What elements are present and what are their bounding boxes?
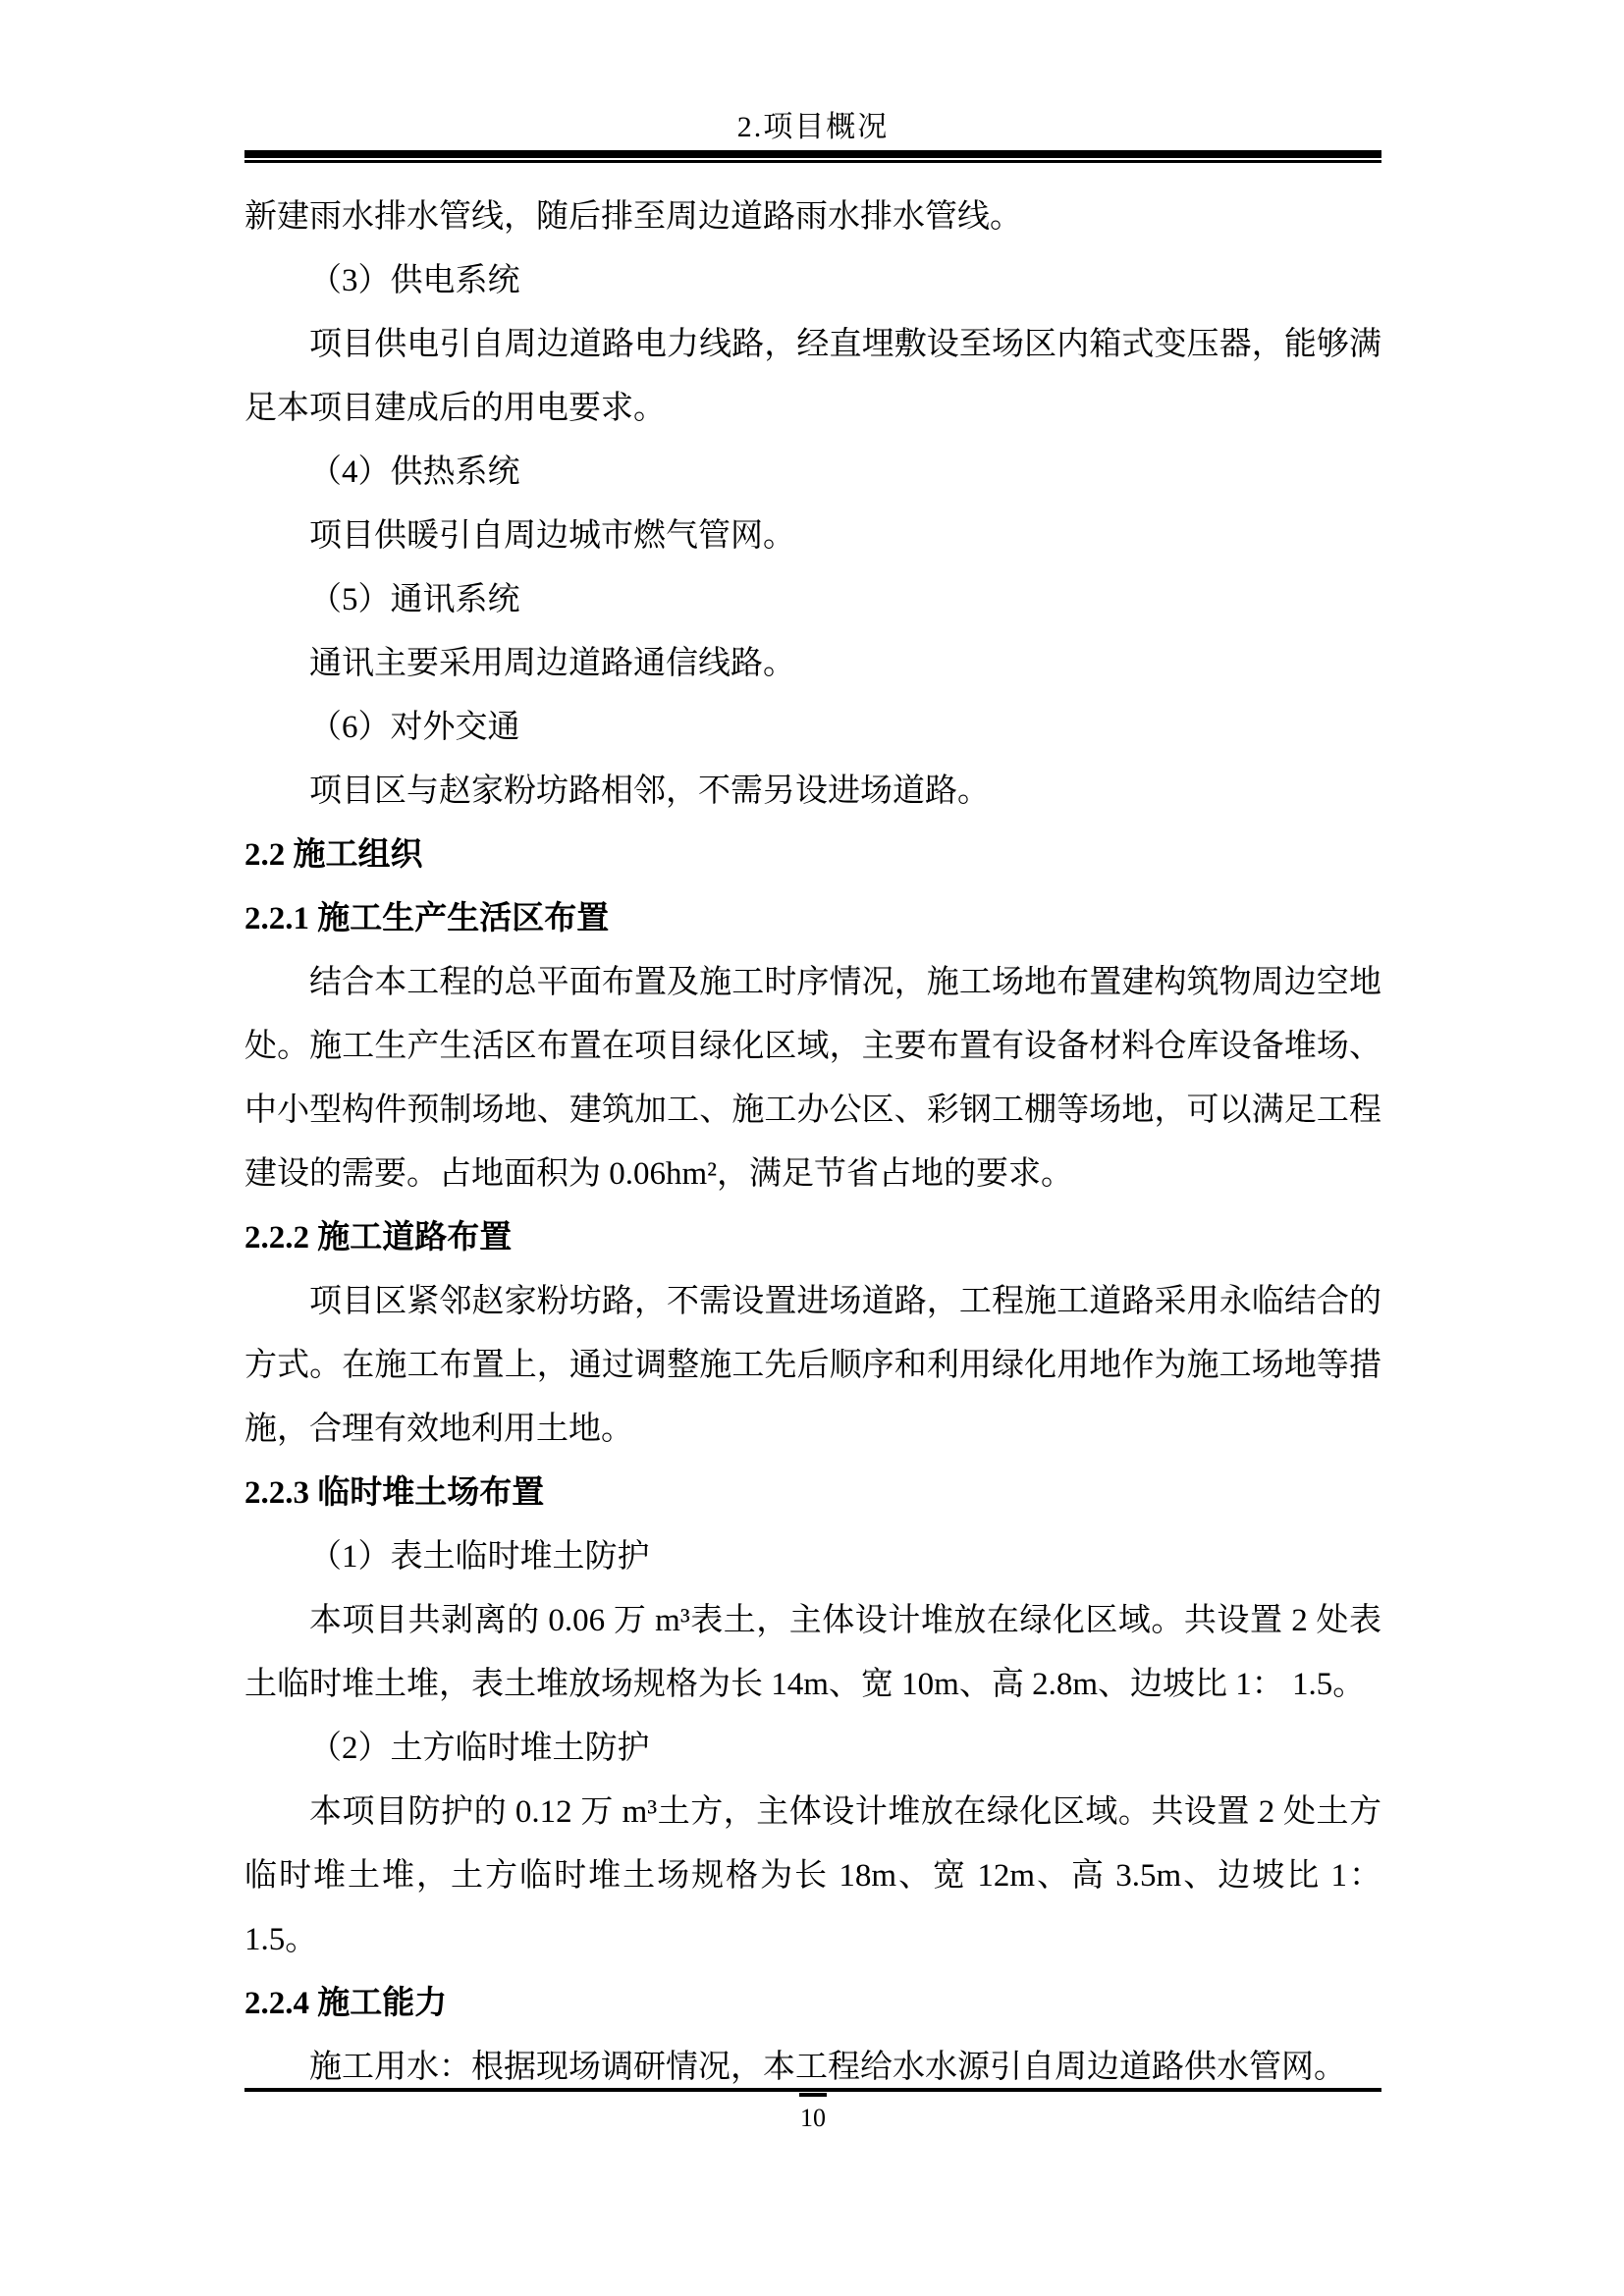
header-chapter-title: 2.项目概况 xyxy=(244,110,1381,145)
document-page: 2.项目概况 新建雨水排水管线，随后排至周边道路雨水排水管线。（3）供电系统项目… xyxy=(0,0,1624,2296)
paragraph: 通讯主要采用周边道路通信线路。 xyxy=(244,632,1381,696)
section-heading: 2.2.3 临时堆土场布置 xyxy=(244,1462,1381,1525)
section-heading: 2.2.1 施工生产生活区布置 xyxy=(244,887,1381,951)
header-rule-thick xyxy=(244,150,1381,158)
header-rule-thin xyxy=(244,160,1381,163)
footer-rule xyxy=(244,2088,1381,2092)
document-body: 新建雨水排水管线，随后排至周边道路雨水排水管线。（3）供电系统项目供电引自周边道… xyxy=(244,186,1381,2100)
paragraph: 项目供电引自周边道路电力线路，经直埋敷设至场区内箱式变压器，能够满足本项目建成后… xyxy=(244,313,1381,441)
paragraph: 本项目防护的 0.12 万 m³土方，主体设计堆放在绿化区域。共设置 2 处土方… xyxy=(244,1781,1381,1972)
paragraph: （6）对外交通 xyxy=(244,696,1381,760)
page-number: 10 xyxy=(244,2103,1381,2134)
paragraph: 新建雨水排水管线，随后排至周边道路雨水排水管线。 xyxy=(244,186,1381,249)
page-footer: 10 xyxy=(244,2088,1381,2134)
paragraph: （3）供电系统 xyxy=(244,249,1381,313)
footer-dash xyxy=(799,2093,827,2097)
paragraph: 结合本工程的总平面布置及施工时序情况，施工场地布置建构筑物周边空地处。施工生产生… xyxy=(244,951,1381,1206)
section-heading: 2.2.2 施工道路布置 xyxy=(244,1206,1381,1270)
paragraph: 项目区与赵家粉坊路相邻，不需另设进场道路。 xyxy=(244,760,1381,824)
paragraph: （2）土方临时堆土防护 xyxy=(244,1717,1381,1781)
paragraph: （1）表土临时堆土防护 xyxy=(244,1525,1381,1589)
paragraph: （4）供热系统 xyxy=(244,441,1381,505)
paragraph: 项目供暖引自周边城市燃气管网。 xyxy=(244,505,1381,568)
header-rule xyxy=(244,150,1381,163)
paragraph: 项目区紧邻赵家粉坊路，不需设置进场道路，工程施工道路采用永临结合的方式。在施工布… xyxy=(244,1270,1381,1462)
section-heading: 2.2.4 施工能力 xyxy=(244,1972,1381,2036)
section-heading: 2.2 施工组织 xyxy=(244,824,1381,887)
paragraph: 本项目共剥离的 0.06 万 m³表土，主体设计堆放在绿化区域。共设置 2 处表… xyxy=(244,1589,1381,1717)
paragraph: （5）通讯系统 xyxy=(244,568,1381,632)
